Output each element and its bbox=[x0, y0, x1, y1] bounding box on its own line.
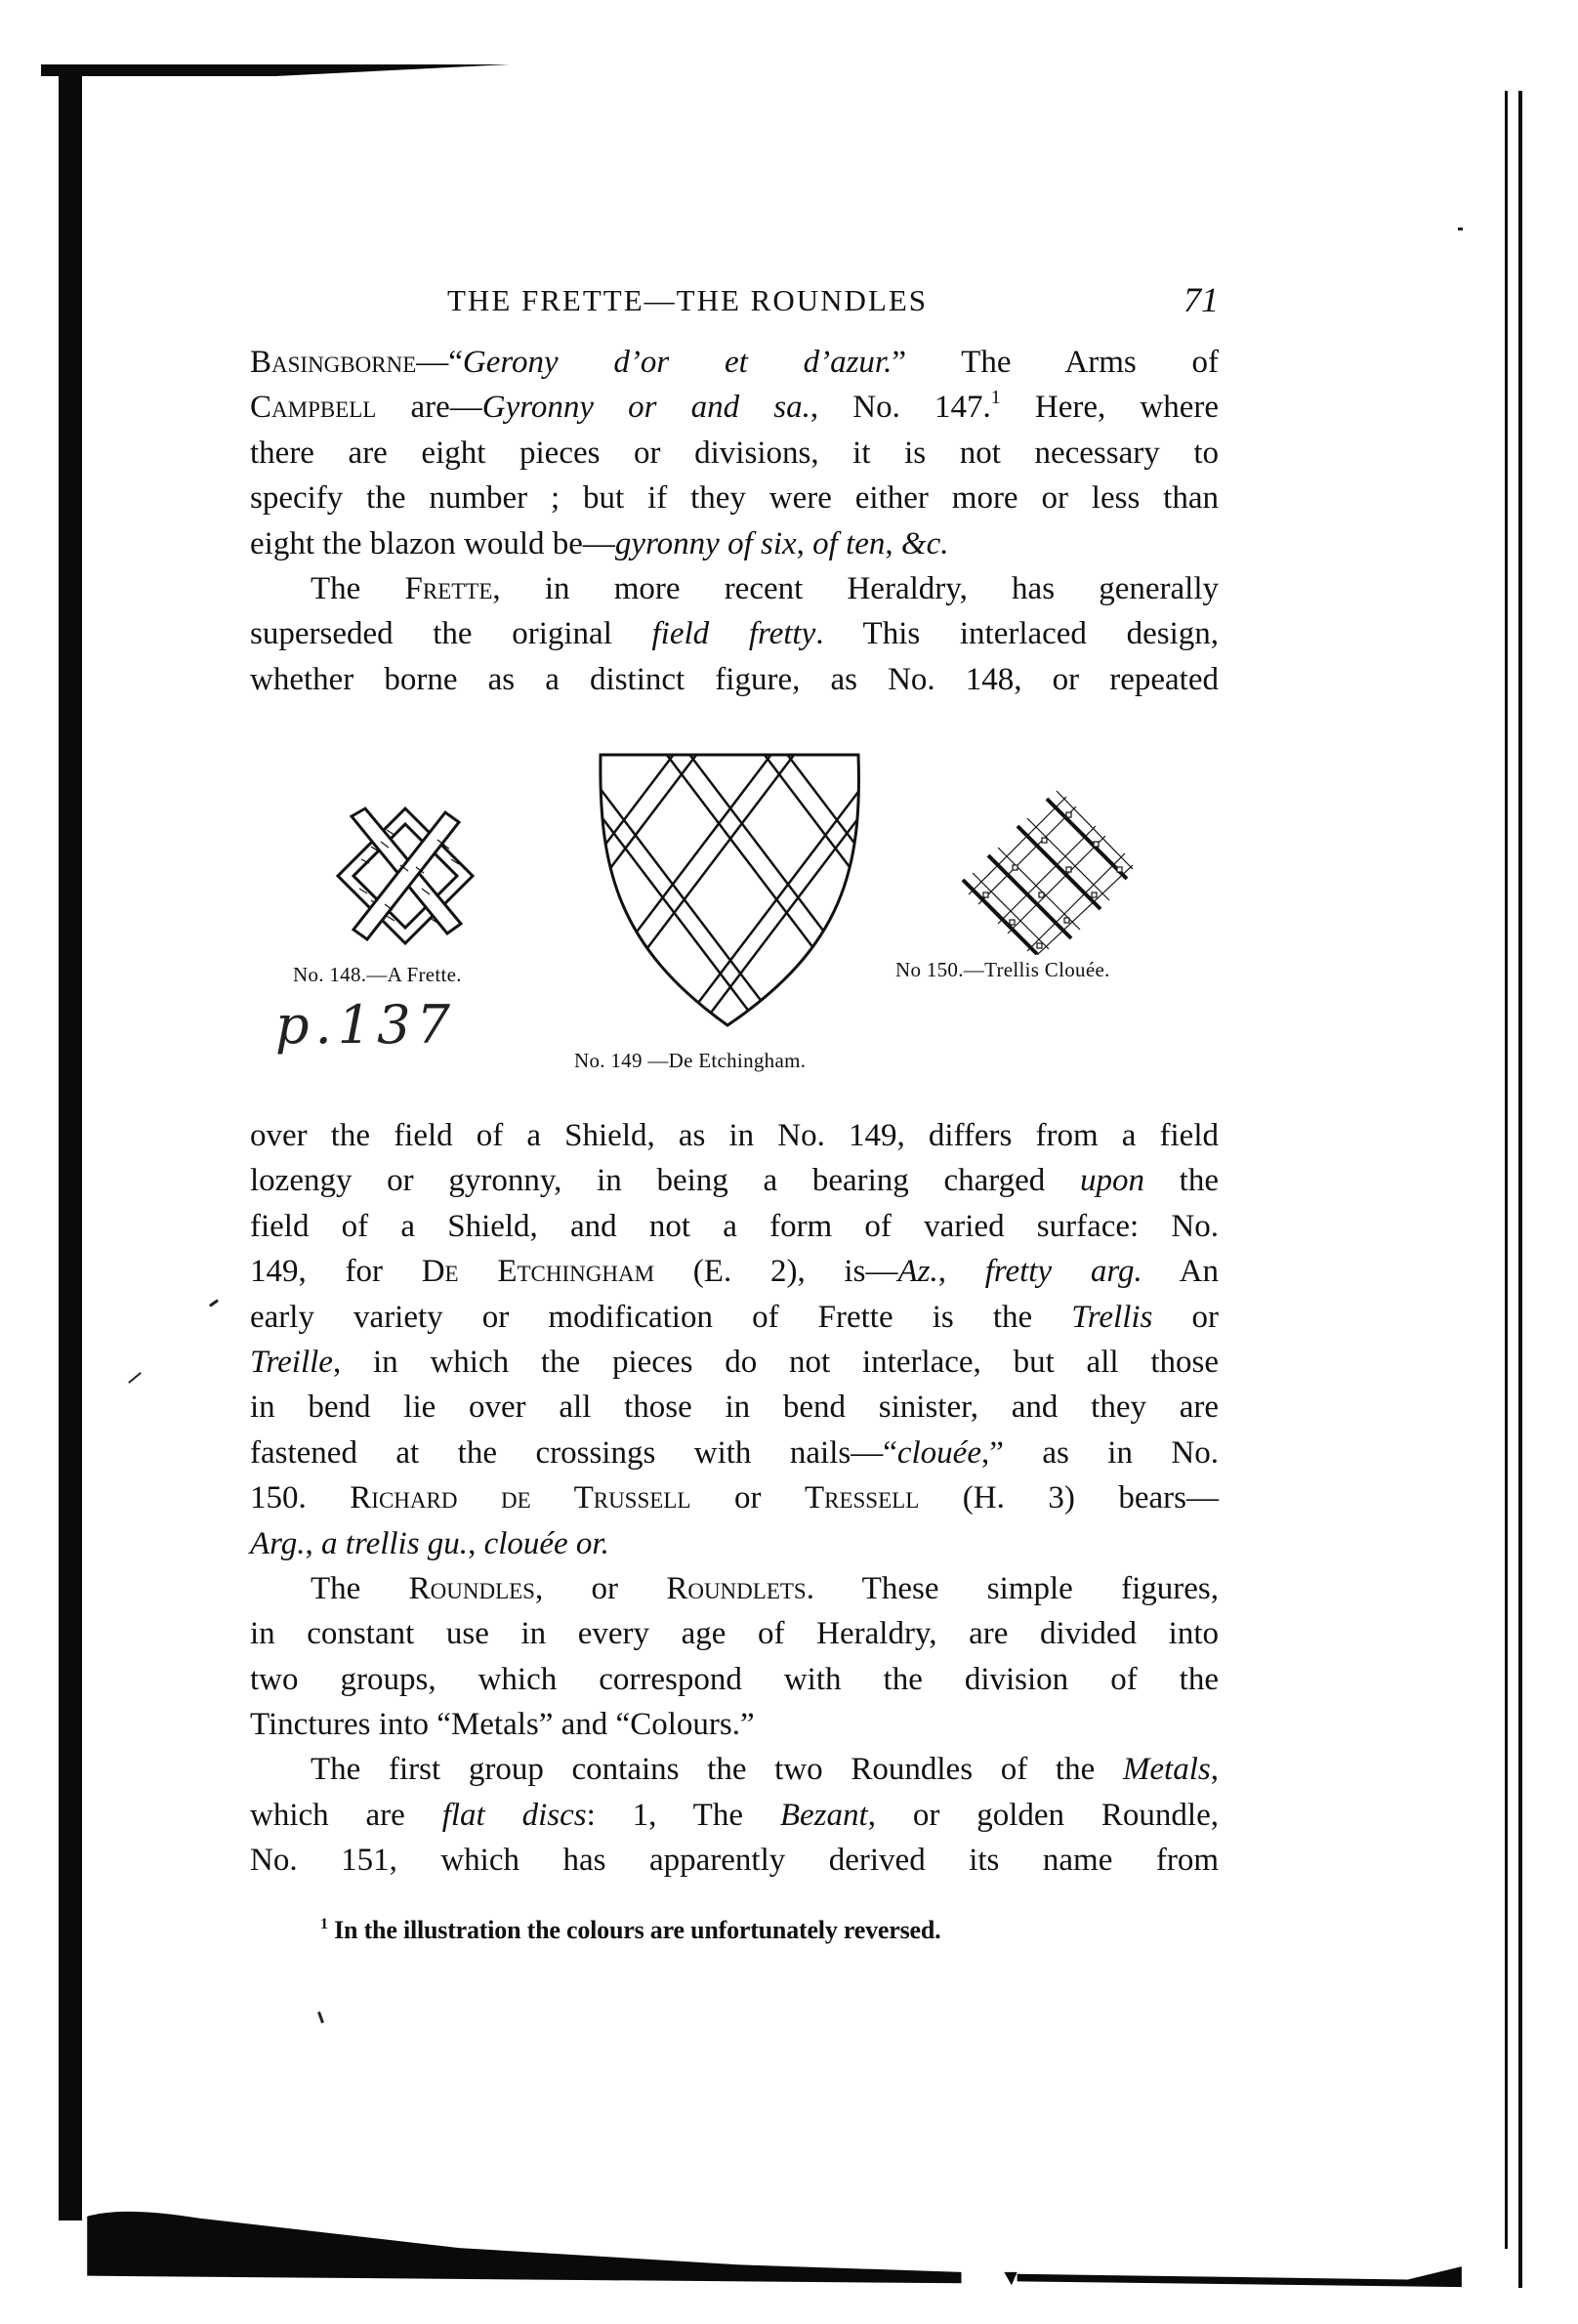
scan-speck bbox=[317, 2012, 324, 2023]
text-run: field fretty bbox=[652, 616, 816, 651]
text-run: Campbell bbox=[250, 390, 376, 425]
text-line: The Frette, in more recent Heraldry, has… bbox=[250, 566, 1219, 611]
text-line: Campbell are—Gyronny or and sa., No. 147… bbox=[250, 385, 1219, 430]
text-run: Roundles bbox=[409, 1571, 535, 1606]
text-run: : 1, The bbox=[587, 1798, 780, 1833]
text-run: Treille bbox=[250, 1345, 333, 1380]
text-line: specify the number ; but if they were ei… bbox=[250, 476, 1219, 520]
text-run: the bbox=[1144, 1163, 1219, 1198]
text-run: clouée bbox=[897, 1435, 981, 1471]
text-line: in bend lie over all those in bend sinis… bbox=[250, 1385, 1219, 1430]
text-line: The Roundles, or Roundlets. These simple… bbox=[250, 1566, 1219, 1611]
text-line: eight the blazon would be—gyronny of six… bbox=[250, 521, 1219, 566]
text-run: The first group contains the two Roundle… bbox=[311, 1752, 1123, 1787]
text-run: are— bbox=[376, 390, 481, 425]
scan-speck bbox=[209, 1299, 219, 1307]
text-run: Bezant bbox=[780, 1798, 868, 1833]
text-run: upon bbox=[1080, 1163, 1144, 1198]
figure-caption-148: No. 148.—A Frette. bbox=[293, 963, 462, 987]
text-run: Roundlets bbox=[666, 1571, 806, 1606]
handwritten-annotation: p.137 bbox=[275, 994, 456, 1056]
running-head-title: THE FRETTE—THE ROUNDLES bbox=[447, 283, 928, 318]
text-line: field of a Shield, and not a form of var… bbox=[250, 1204, 1219, 1249]
text-run: , bbox=[938, 1254, 985, 1289]
shield-fretty-icon bbox=[599, 752, 862, 1029]
body-text-bottom: over the field of a Shield, as in No. 14… bbox=[250, 1113, 1219, 1884]
text-run: , bbox=[306, 1526, 322, 1561]
page-number: 71 bbox=[1183, 279, 1219, 320]
text-line: Tinctures into “Metals” and “Colours.” bbox=[250, 1702, 1219, 1747]
text-line: Basingborne—“Gerony d’or et d’azur.” The… bbox=[250, 340, 1219, 385]
text-run: 149, for bbox=[250, 1254, 422, 1289]
text-run: in bend lie over all those in bend sinis… bbox=[250, 1390, 1219, 1425]
text-run: fastened at the crossings with nails—“ bbox=[250, 1435, 897, 1471]
text-run: , bbox=[885, 526, 901, 561]
text-run: a trellis gu. bbox=[321, 1526, 468, 1561]
text-line: two groups, which correspond with the di… bbox=[250, 1657, 1219, 1702]
text-run: Tressell bbox=[805, 1480, 919, 1515]
text-line: No. 151, which has apparently derived it… bbox=[250, 1838, 1219, 1883]
text-run: field of a Shield, and not a form of var… bbox=[250, 1209, 1219, 1244]
text-line: Treille, in which the pieces do not inte… bbox=[250, 1340, 1219, 1385]
text-run: , bbox=[797, 526, 813, 561]
figure-caption-150: No 150.—Trellis Clouée. bbox=[895, 958, 1110, 982]
text-run: Arg. bbox=[250, 1526, 306, 1561]
text-line: early variety or modification of Frette … bbox=[250, 1295, 1219, 1340]
text-run: superseded the original bbox=[250, 616, 652, 651]
text-run: whether borne as a distinct figure, as N… bbox=[250, 662, 1219, 697]
text-run: in constant use in every age of Heraldry… bbox=[250, 1616, 1219, 1651]
text-run: clouée or. bbox=[484, 1526, 609, 1561]
text-run: or bbox=[690, 1480, 805, 1515]
text-run: which are bbox=[250, 1798, 442, 1833]
scan-edge-top-left bbox=[41, 64, 510, 76]
text-line: The first group contains the two Roundle… bbox=[250, 1747, 1219, 1792]
text-run: lozengy or gyronny, in being a bearing c… bbox=[250, 1163, 1080, 1198]
text-line: in constant use in every age of Heraldry… bbox=[250, 1611, 1219, 1656]
text-run: , or bbox=[535, 1571, 666, 1606]
text-run: two groups, which correspond with the di… bbox=[250, 1662, 1219, 1697]
text-run: Gerony d’or et d’azur. bbox=[463, 345, 892, 380]
text-run: ” The Arms of bbox=[892, 345, 1219, 380]
text-run: The bbox=[311, 1571, 409, 1606]
text-run: , bbox=[468, 1526, 484, 1561]
text-run: ,” as in No. bbox=[981, 1435, 1219, 1471]
text-line: fastened at the crossings with nails—“cl… bbox=[250, 1431, 1219, 1475]
scan-speck bbox=[128, 1372, 142, 1384]
text-run: Richard de Trussell bbox=[350, 1480, 690, 1515]
text-run: gyronny of six bbox=[615, 526, 797, 561]
text-line: there are eight pieces or divisions, it … bbox=[250, 431, 1219, 476]
text-run: Az. bbox=[897, 1254, 937, 1289]
footnote: 1 In the illustration the colours are un… bbox=[320, 1916, 940, 1945]
scan-edge-right-inner bbox=[1505, 91, 1508, 2249]
text-run: 150. bbox=[250, 1480, 350, 1515]
text-run: or bbox=[1152, 1300, 1219, 1335]
text-run: (H. 3) bears— bbox=[919, 1480, 1219, 1515]
text-line: superseded the original field fretty. Th… bbox=[250, 611, 1219, 656]
scan-edge-bottom bbox=[53, 2211, 1498, 2289]
footnote-marker: 1 bbox=[320, 1916, 328, 1932]
text-run: . These simple figures, bbox=[807, 1571, 1219, 1606]
text-run: , bbox=[1211, 1752, 1219, 1787]
text-run: &c. bbox=[901, 526, 949, 561]
text-run: No. 151, which has apparently derived it… bbox=[250, 1843, 1219, 1878]
text-run: De Etchingham bbox=[422, 1254, 654, 1289]
text-run: over the field of a Shield, as in No. 14… bbox=[250, 1118, 1219, 1153]
text-run: —“ bbox=[416, 345, 463, 380]
figure-caption-149: No. 149 —De Etchingham. bbox=[574, 1049, 806, 1073]
frette-icon bbox=[332, 803, 478, 949]
text-run: specify the number ; but if they were ei… bbox=[250, 480, 1219, 516]
text-run: flat discs bbox=[442, 1798, 587, 1833]
text-run: Basingborne bbox=[250, 345, 416, 380]
text-line: which are flat discs: 1, The Bezant, or … bbox=[250, 1793, 1219, 1838]
text-run: The bbox=[311, 571, 405, 606]
text-run: An bbox=[1142, 1254, 1219, 1289]
text-line: Arg., a trellis gu., clouée or. bbox=[250, 1521, 1219, 1566]
text-run: , No. 147. bbox=[810, 390, 991, 425]
text-run: . This interlaced design, bbox=[815, 616, 1219, 651]
text-line: 149, for De Etchingham (E. 2), is—Az., f… bbox=[250, 1249, 1219, 1294]
text-run: , in which the pieces do not interlace, … bbox=[333, 1345, 1219, 1380]
text-run: Frette bbox=[405, 571, 493, 606]
text-run: of ten bbox=[812, 526, 885, 561]
text-run: , in more recent Heraldry, has generally bbox=[492, 571, 1219, 606]
text-line: over the field of a Shield, as in No. 14… bbox=[250, 1113, 1219, 1158]
text-run: Metals bbox=[1123, 1752, 1211, 1787]
footnote-text: In the illustration the colours are unfo… bbox=[334, 1916, 940, 1944]
running-head: THE FRETTE—THE ROUNDLES 71 bbox=[252, 283, 1219, 322]
text-line: whether borne as a distinct figure, as N… bbox=[250, 657, 1219, 702]
text-run: eight the blazon would be— bbox=[250, 526, 615, 561]
scan-edge-left bbox=[59, 72, 82, 2220]
text-run: early variety or modification of Frette … bbox=[250, 1300, 1071, 1335]
text-run: there are eight pieces or divisions, it … bbox=[250, 436, 1219, 471]
trellis-clouee-icon bbox=[959, 787, 1135, 955]
text-run: Here, where bbox=[1001, 390, 1219, 425]
body-text-top: Basingborne—“Gerony d’or et d’azur.” The… bbox=[250, 340, 1219, 702]
text-run: (E. 2), is— bbox=[654, 1254, 897, 1289]
text-run: Gyronny or and sa. bbox=[482, 390, 810, 425]
text-line: lozengy or gyronny, in being a bearing c… bbox=[250, 1158, 1219, 1203]
text-run: Trellis bbox=[1071, 1300, 1152, 1335]
text-run: fretty arg. bbox=[985, 1254, 1142, 1289]
text-line: 150. Richard de Trussell or Tressell (H.… bbox=[250, 1475, 1219, 1520]
scan-speck bbox=[1458, 228, 1463, 230]
footnote-reference: 1 bbox=[991, 387, 1001, 408]
text-run: Tinctures into “Metals” and “Colours.” bbox=[250, 1707, 755, 1742]
scan-edge-right-outer bbox=[1518, 91, 1522, 2288]
text-run: , or golden Roundle, bbox=[868, 1798, 1219, 1833]
